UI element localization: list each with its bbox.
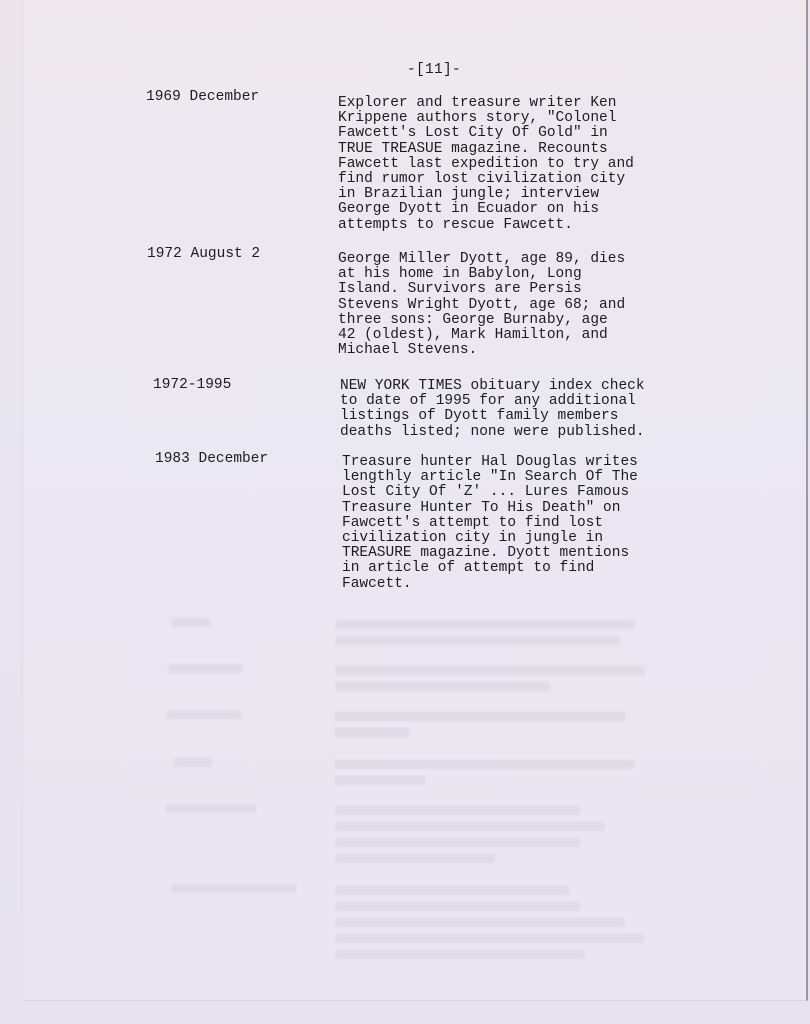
document-page: -[11]- 1969 December Explorer and treasu… — [22, 0, 808, 1001]
entry-text: NEW YORK TIMES obituary index check to d… — [340, 379, 700, 440]
entry-date: 1972-1995 — [153, 378, 231, 393]
entry-date: 1972 August 2 — [147, 247, 260, 262]
page-number: -[11]- — [407, 62, 461, 78]
entry-date: 1983 December — [155, 452, 268, 467]
entry-text: Treasure hunter Hal Douglas writes lengt… — [342, 455, 702, 592]
entry-text: Explorer and treasure writer Ken Krippen… — [338, 96, 698, 233]
bleed-through-text — [23, 600, 806, 980]
entry-date: 1969 December — [146, 90, 259, 105]
entry-text: George Miller Dyott, age 89, dies at his… — [338, 252, 698, 358]
